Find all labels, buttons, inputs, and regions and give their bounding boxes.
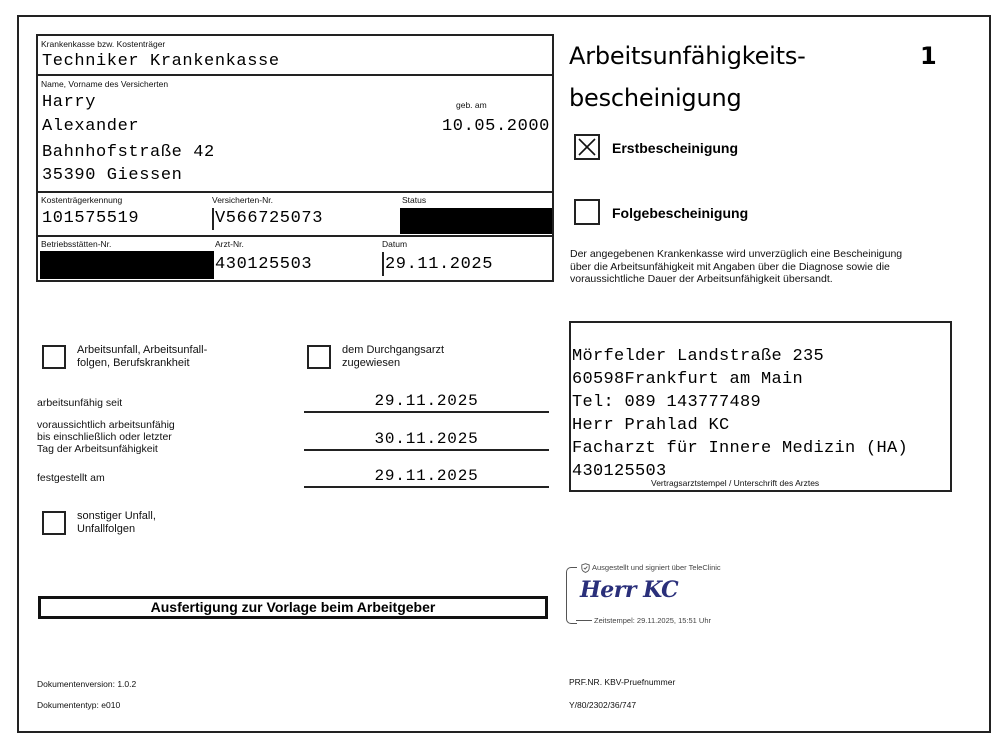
site-no-redacted — [40, 251, 214, 279]
first-certificate-checkbox[interactable] — [574, 134, 600, 160]
copy-number: 1 — [920, 42, 937, 70]
notice-text: Der angegebenen Krankenkasse wird unverz… — [570, 248, 920, 286]
employer-copy-banner: Ausfertigung zur Vorlage beim Arbeitgebe… — [38, 596, 548, 619]
insured-city: 35390 Giessen — [42, 166, 182, 185]
follow-certificate-checkbox[interactable] — [574, 199, 600, 225]
stamp-phone: Tel: 089 143777489 — [572, 391, 908, 414]
dob-value: 10.05.2000 — [442, 117, 550, 136]
stamp-caption: Vertragsarztstempel / Unterschrift des A… — [651, 478, 819, 488]
checkmark-x-icon — [576, 136, 598, 158]
transit-doctor-label: dem Durchgangsarzt zugewiesen — [342, 344, 444, 370]
first-certificate-label: Erstbescheinigung — [612, 140, 738, 156]
insurer-label: Krankenkasse bzw. Kostenträger — [41, 39, 165, 49]
stamp-doctor-name: Herr Prahlad KC — [572, 414, 908, 437]
since-value: 29.11.2025 — [304, 392, 549, 410]
status-label: Status — [402, 195, 426, 205]
insurer-value: Techniker Krankenkasse — [42, 52, 280, 71]
date-label: Datum — [382, 239, 407, 249]
insurance-data-box: Krankenkasse bzw. Kostenträger Techniker… — [36, 34, 554, 282]
determined-value: 29.11.2025 — [304, 467, 549, 485]
insured-first-name: Harry — [42, 93, 96, 112]
until-value: 30.11.2025 — [304, 430, 549, 448]
payer-id-label: Kostenträgerkennung — [41, 195, 122, 205]
follow-certificate-label: Folgebescheinigung — [612, 205, 748, 221]
status-redacted — [400, 208, 552, 234]
until-label: voraussichtlich arbeitsunfähig bis einsc… — [37, 419, 175, 455]
signature-issued-via: Ausgestellt und signiert über TeleClinic — [592, 563, 721, 572]
doc-version: Dokumentenversion: 1.0.2 — [37, 679, 136, 689]
doctor-no-value: 430125503 — [215, 255, 312, 274]
insured-street: Bahnhofstraße 42 — [42, 143, 215, 162]
transit-doctor-checkbox[interactable] — [307, 345, 331, 369]
determined-label: festgestellt am — [37, 472, 105, 484]
payer-id-value: 101575519 — [42, 209, 139, 228]
doctor-no-label: Arzt-Nr. — [215, 239, 244, 249]
other-accident-label: sonstiger Unfall, Unfallfolgen — [77, 510, 156, 536]
insured-no-value: V566725073 — [215, 209, 323, 228]
signature-name: Herr KC — [580, 577, 678, 603]
work-accident-checkbox[interactable] — [42, 345, 66, 369]
prf-label: PRF.NR. KBV-Pruefnummer — [569, 677, 675, 687]
since-label: arbeitsunfähig seit — [37, 397, 122, 409]
prf-value: Y/80/2302/36/747 — [569, 700, 636, 710]
form-title-line1: Arbeitsunfähigkeits- — [569, 42, 806, 70]
shield-check-icon — [581, 563, 590, 573]
signature-timestamp: Zeitstempel: 29.11.2025, 15:51 Uhr — [594, 616, 711, 625]
stamp-lines: Mörfelder Landstraße 235 60598Frankfurt … — [572, 345, 908, 483]
dob-label: geb. am — [456, 100, 487, 110]
stamp-city: 60598Frankfurt am Main — [572, 368, 908, 391]
insured-last-name: Alexander — [42, 117, 139, 136]
other-accident-checkbox[interactable] — [42, 511, 66, 535]
work-accident-label: Arbeitsunfall, Arbeitsunfall- folgen, Be… — [77, 344, 207, 370]
insured-no-label: Versicherten-Nr. — [212, 195, 273, 205]
doc-type: Dokumententyp: e010 — [37, 700, 120, 710]
form-title-line2: bescheinigung — [569, 84, 742, 112]
doctor-stamp-box: Mörfelder Landstraße 235 60598Frankfurt … — [569, 321, 952, 492]
stamp-address: Mörfelder Landstraße 235 — [572, 345, 908, 368]
signature-bracket — [566, 567, 577, 624]
date-value: 29.11.2025 — [385, 255, 493, 274]
stamp-specialty: Facharzt für Innere Medizin (HA) — [572, 437, 908, 460]
site-no-label: Betriebsstätten-Nr. — [41, 239, 111, 249]
insured-name-label: Name, Vorname des Versicherten — [41, 79, 168, 89]
